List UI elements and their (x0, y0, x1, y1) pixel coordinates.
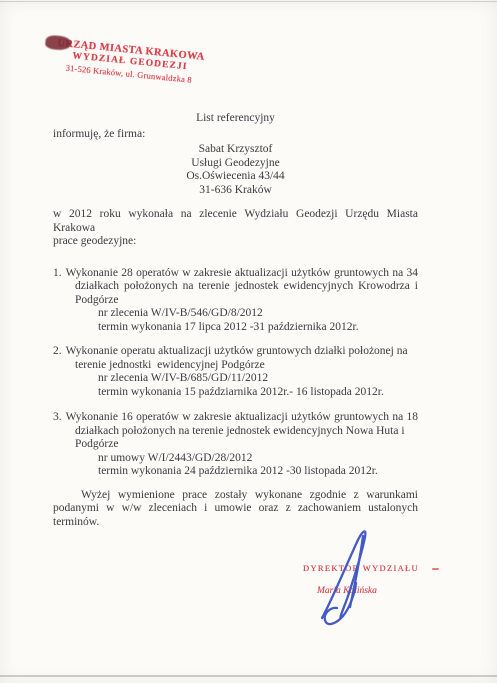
office-stamp: URZĄD MIASTA KRAKOWA WYDZIAŁ GEODEZJI 31… (37, 36, 223, 87)
lead-line: w 2012 roku wykonała na zlecenie Wydział… (53, 208, 418, 235)
company-address-city: 31-636 Kraków (53, 184, 418, 198)
item-text: Wykonanie 28 operatów w zakresie aktuali… (66, 267, 418, 279)
company-business: Usługi Geodezyjne (53, 157, 418, 171)
item-continuation-line: działkach położonych na terenie jednoste… (75, 425, 418, 439)
item-number: 3. (53, 411, 66, 423)
letter-title: List referencyjny (53, 112, 418, 126)
company-name: Sabat Krzysztof (53, 143, 418, 157)
item-continuation-line: Podgórze (75, 294, 418, 308)
intro-line: informuję, że firma: (53, 128, 418, 142)
item-number: 2. (53, 345, 66, 357)
lead-paragraph: w 2012 roku wykonała na zlecenie Wydział… (53, 208, 418, 249)
handwritten-signature (310, 522, 382, 630)
work-item-2: 2.Wykonanie operatu aktualizacji użytków… (53, 345, 418, 399)
company-address-street: Os.Oświecenia 43/44 (53, 170, 418, 184)
item-continuation-line: działkach położonych na terenie jednoste… (75, 280, 418, 294)
item-text: Wykonanie operatu aktualizacji użytków g… (66, 345, 408, 357)
item-text: Wykonanie 16 operatów w zakresie aktuali… (66, 411, 418, 423)
item-completion-term: termin wykonania 15 paździarnika 2012r.-… (98, 386, 418, 400)
company-block: Sabat Krzysztof Usługi Geodezyjne Os.Ośw… (53, 143, 418, 197)
scanned-reference-letter: URZĄD MIASTA KRAKOWA WYDZIAŁ GEODEZJI 31… (0, 0, 497, 683)
work-item-first-line: 3.Wykonanie 16 operatów w zakresie aktua… (53, 411, 418, 425)
item-contract-number: nr umowy W/I/2443/GD/28/2012 (98, 452, 418, 466)
lead-line: prace geodezyjne: (53, 235, 418, 249)
stamp-dash-mark (432, 568, 439, 570)
item-order-number: nr zlecenia W/IV-B/685/GD/11/2012 (98, 372, 418, 386)
closing-line: Wyżej wymienione prace zostały wykonane … (81, 489, 418, 503)
work-item-first-line: 1.Wykonanie 28 operatów w zakresie aktua… (53, 267, 418, 281)
item-continuation-line: terenie jednostki ewidencyjnej Podgórze (75, 359, 418, 373)
item-order-number: nr zlecenia W/IV-B/546/GD/8/2012 (98, 307, 418, 321)
closing-line: podanymi w w/w zleceniach i umowie oraz … (53, 502, 418, 516)
item-continuation-line: Podgórze (75, 438, 418, 452)
scan-edge-bottom (0, 675, 497, 677)
item-completion-term: termin wykonania 17 lipca 2012 -31 paźdz… (98, 321, 418, 335)
work-item-first-line: 2.Wykonanie operatu aktualizacji użytków… (53, 345, 418, 359)
letter-body: List referencyjny informuję, że firma: S… (53, 112, 418, 529)
item-number: 1. (53, 267, 66, 279)
item-completion-term: termin wykonania 24 października 2012 -3… (98, 465, 418, 479)
work-item-1: 1.Wykonanie 28 operatów w zakresie aktua… (53, 267, 418, 335)
work-item-3: 3.Wykonanie 16 operatów w zakresie aktua… (53, 411, 418, 479)
scan-edge-top (0, 1, 497, 2)
